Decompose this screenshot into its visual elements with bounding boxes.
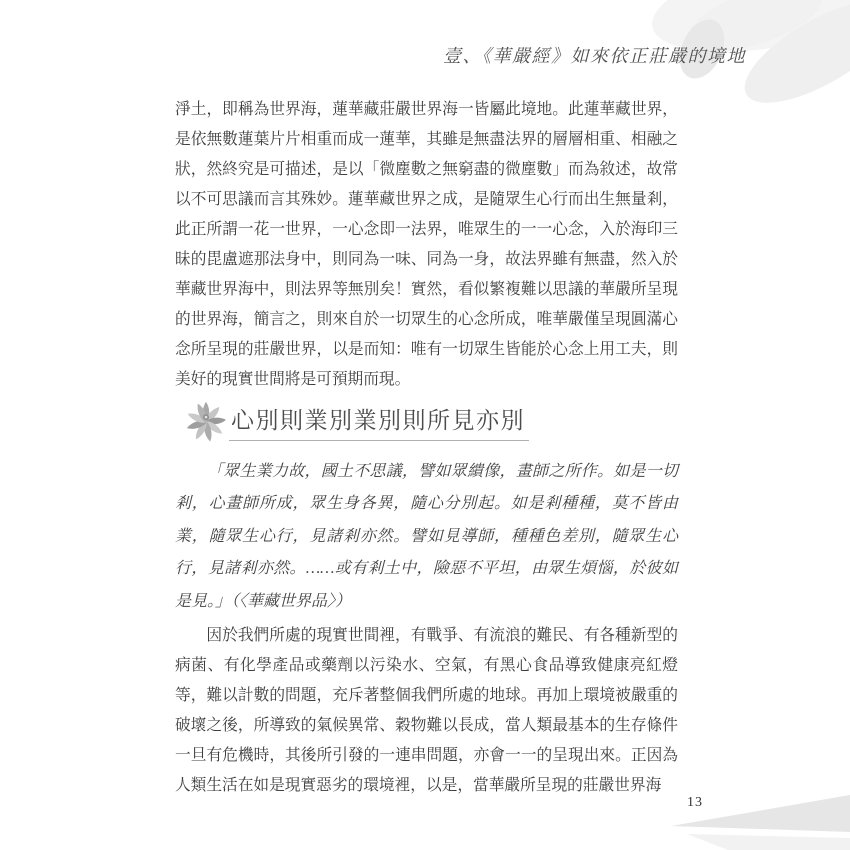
page-number: 13: [687, 795, 703, 811]
sutra-quote: 「眾生業力故，國土不思議，譬如眾繢像，畫師之所作。如是一切剎，心畫師所成，眾生身…: [175, 456, 678, 618]
paragraph-discussion: 因於我們所處的現實世間裡，有戰爭、有流浪的難民、有各種新型的病菌、有化學產品或藥…: [175, 621, 678, 801]
section-heading-text: 心別則業別業別則所見亦別: [229, 396, 529, 441]
book-page: 壹、《華嚴經》如來依正莊嚴的境地 淨土，即稱為世界海，蓮華藏莊嚴世界海一皆屬此境…: [0, 0, 850, 850]
running-header: 壹、《華嚴經》如來依正莊嚴的境地: [443, 42, 746, 68]
section-heading: 心別則業別業別則所見亦別: [183, 396, 529, 442]
paragraph-lead: 淨土，即稱為世界海，蓮華藏莊嚴世界海一皆屬此境地。此蓮華藏世界，是依無數蓮葉片片…: [175, 95, 678, 395]
lotus-flower-icon: [183, 398, 229, 442]
